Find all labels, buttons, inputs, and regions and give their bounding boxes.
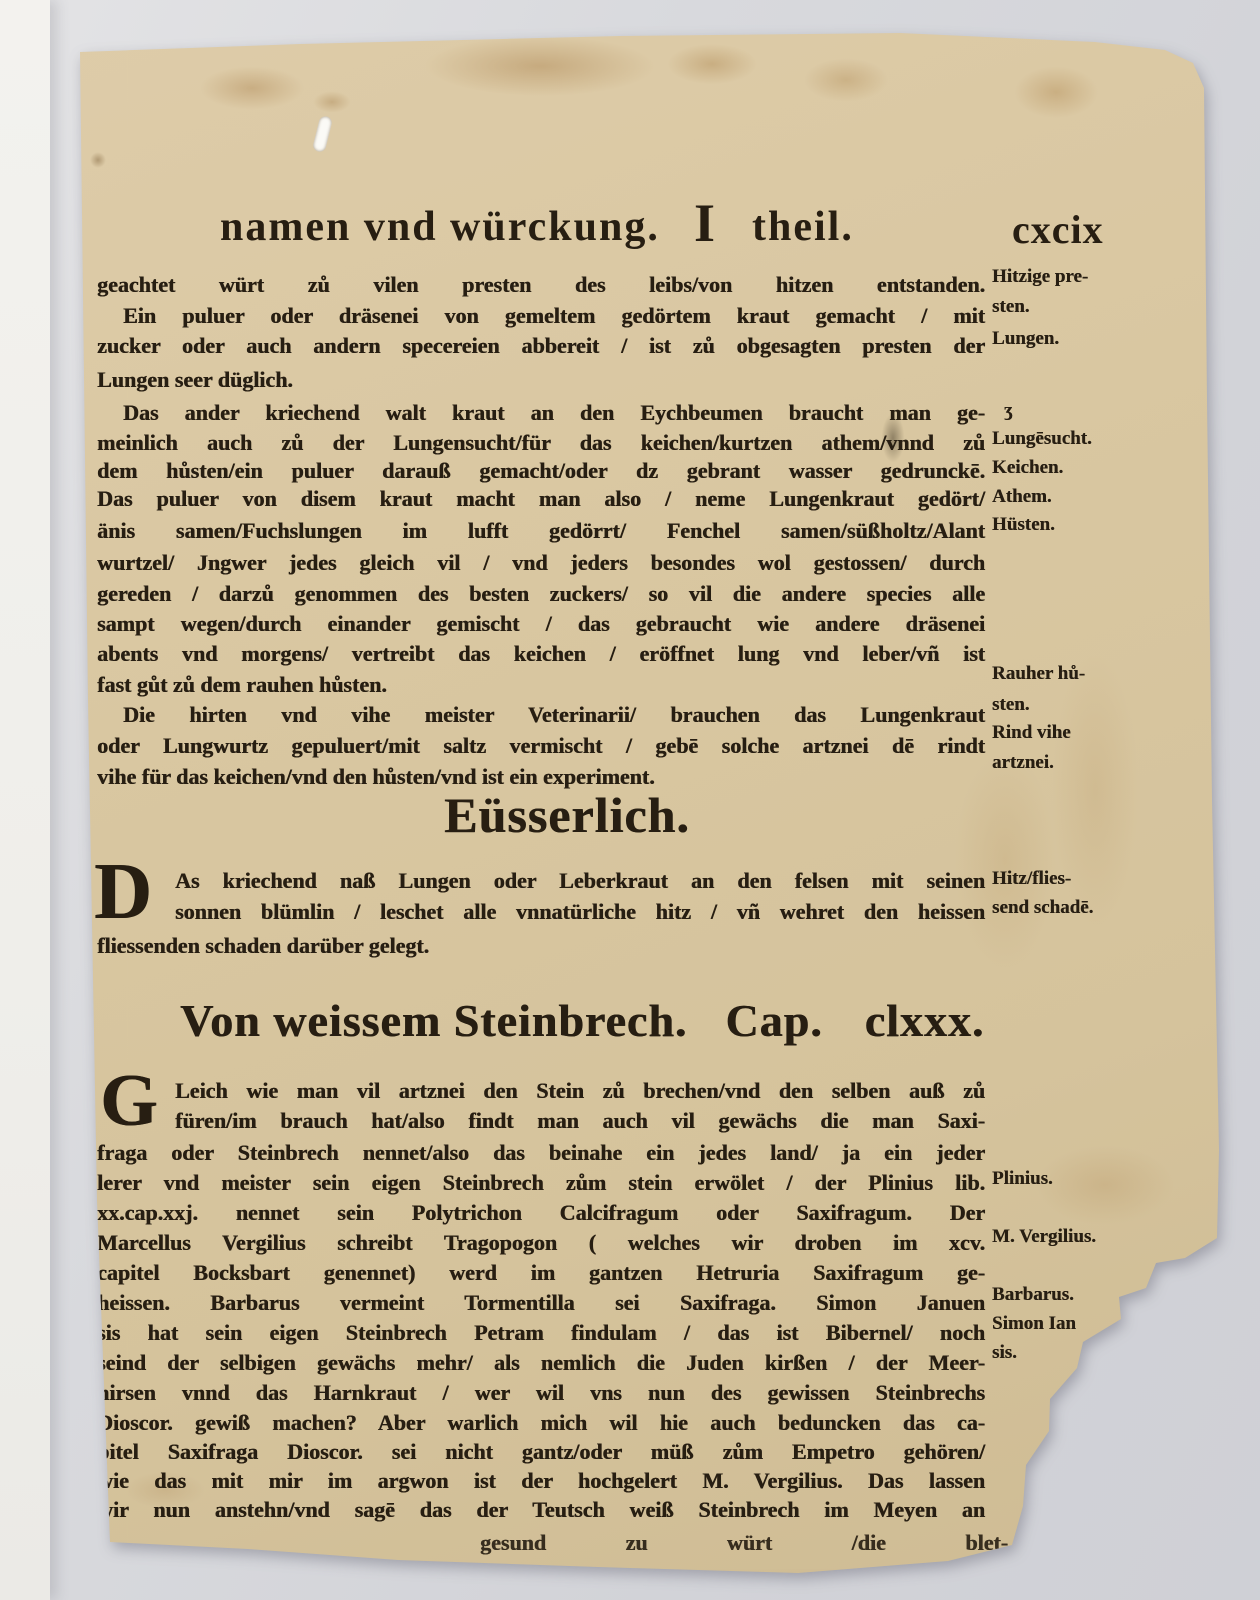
chapter-heading: Von weissem Steinbrech. Cap. clxxx. (180, 994, 984, 1047)
running-header-part-word: theil. (752, 203, 854, 251)
drop-cap-g: G (100, 1064, 158, 1138)
body-text-line: Die hirten vnd vihe meister Veterinarii/… (97, 702, 985, 732)
body-text-line: Das puluer von disem kraut macht man als… (97, 486, 985, 516)
body-text-line: sampt wegen/durch einander gemischt / da… (97, 611, 985, 641)
body-text-line: hirsen vnnd das Harnkraut / wer wil vns … (97, 1380, 985, 1410)
body-text-line: oder Lungwurtz gepuluert/mit saltz vermi… (97, 733, 985, 763)
margin-note: Hitzige pre- (992, 266, 1177, 288)
body-text-line: wir nun anstehn/vnd sagē das der Teutsch… (97, 1497, 985, 1527)
margin-note: Keichen. (992, 457, 1177, 479)
body-text-line: Dioscor. gewiß machen? Aber warlich mich… (97, 1410, 985, 1440)
margin-note: Lungēsucht. (992, 428, 1177, 450)
body-text-line: füren/im brauch hat/also findt man auch … (175, 1108, 985, 1138)
body-text-line: pitel Saxifraga Dioscor. sei nicht gantz… (97, 1439, 985, 1469)
body-text-line: gereden / darzů genommen des besten zuck… (97, 581, 985, 611)
folio-number: cxcix (1012, 206, 1104, 253)
margin-note: Athem. (992, 486, 1177, 508)
margin-note: Barbarus. (992, 1284, 1177, 1306)
margin-note: sten. (992, 694, 1177, 716)
body-text-line: geachtet würt zů vilen presten des leibs… (97, 272, 985, 302)
body-text-line: Das ander kriechend walt kraut an den Ey… (97, 400, 985, 430)
body-text-line: wie das mit mir im argwon ist der hochge… (97, 1468, 985, 1498)
body-text-line: Leich wie man vil artznei den Stein zů b… (175, 1078, 985, 1108)
body-text-line: fraga oder Steinbrech nennet/also das be… (97, 1140, 985, 1170)
body-text-line: änis samen/Fuchslungen im lufft gedörrt/… (97, 518, 985, 548)
body-text-line: abents vnd morgens/ vertreibt das keiche… (97, 641, 985, 671)
body-text-line: zucker oder auch andern specereien abber… (97, 333, 985, 363)
margin-note: artznei. (992, 752, 1177, 774)
body-text-line: capitel Bocksbart genennet) werd im gant… (97, 1260, 985, 1290)
paper-shadow-wrap: namen vnd würckung. I theil. cxcix geach… (0, 0, 1260, 1600)
margin-note: Hüsten. (992, 514, 1177, 536)
body-text-line: sis hat sein eigen Steinbrech Petram fin… (97, 1320, 985, 1350)
margin-note: Lungen. (992, 328, 1177, 350)
drop-cap-d: D (94, 852, 152, 932)
margin-mark: ʒ (1004, 400, 1189, 422)
chapter-cap-numeral: clxxx. (865, 994, 985, 1047)
body-text-line: wurtzel/ Jngwer jedes gleich vil / vnd j… (97, 550, 985, 580)
body-text-line: sonnen blümlin / leschet alle vnnatürlic… (175, 899, 985, 929)
body-text-line: seind der selbigen gewächs mehr/ als nem… (97, 1350, 985, 1380)
manuscript-page: namen vnd würckung. I theil. cxcix geach… (0, 0, 1260, 1600)
running-header-part-numeral: I (694, 192, 715, 254)
body-text-line: As kriechend naß Lungen oder Leberkraut … (175, 868, 985, 898)
scan-background: namen vnd würckung. I theil. cxcix geach… (0, 0, 1260, 1600)
margin-note: sten. (992, 296, 1177, 318)
body-text-line: heissen. Barbarus vermeint Tormentilla s… (97, 1290, 985, 1320)
body-text-line: fast gůt zů dem rauhen hůsten. (97, 672, 985, 702)
running-header-title: namen vnd würckung. (220, 203, 660, 251)
body-text-line: dem hůsten/ein puluer darauß gemacht/ode… (97, 458, 985, 488)
margin-note: M. Vergilius. (992, 1226, 1177, 1248)
margin-note: Rind vihe (992, 722, 1177, 744)
body-text-line: Marcellus Vergilius schreibt Tragopogon … (97, 1230, 985, 1260)
margin-note: Rauher hů- (992, 663, 1177, 685)
body-text-line: Lungen seer düglich. (97, 367, 985, 397)
body-text-line: Ein puluer oder dräsenei von gemeltem ge… (97, 303, 985, 333)
paper-hole (312, 115, 333, 153)
body-text-line: lerer vnd meister sein eigen Steinbrech … (97, 1170, 985, 1200)
margin-note: sis. (992, 1342, 1177, 1364)
chapter-title: Von weissem Steinbrech. (180, 994, 687, 1047)
margin-note: send schadē. (992, 897, 1177, 919)
body-text-line: fliessenden schaden darüber gelegt. (97, 933, 985, 963)
body-text-line: xx.cap.xxj. nennet sein Polytrichon Calc… (97, 1200, 985, 1230)
chapter-cap-word: Cap. (725, 994, 822, 1047)
torn-partial-line: gesund zu würt /die blet- (480, 1530, 1008, 1560)
body-text-line: meinlich auch zů der Lungensucht/für das… (97, 430, 985, 460)
section-heading-eusserlich: Eüsserlich. (444, 786, 690, 844)
margin-note: Simon Ian (992, 1313, 1177, 1335)
margin-note: Hitz/flies- (992, 868, 1177, 890)
margin-note: Plinius. (992, 1168, 1177, 1190)
